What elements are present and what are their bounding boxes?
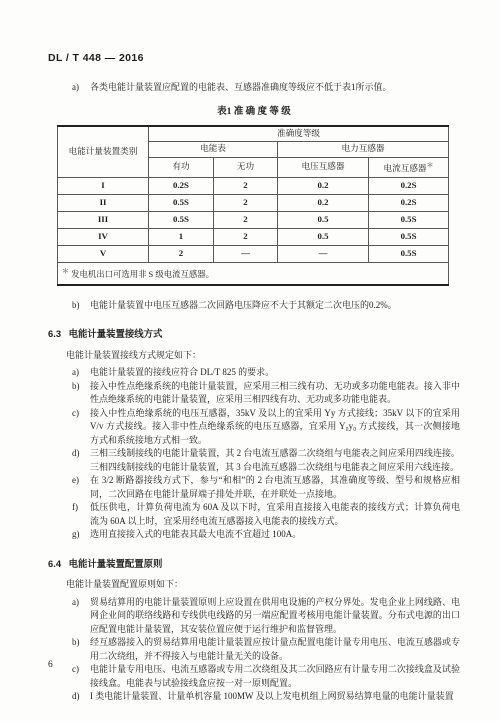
- list-item: d) 三相三线制接线的电能计量装置，其 2 台电流互感器二次绕组与电能表之间应采…: [48, 447, 460, 474]
- list-item: b) 接入中性点绝缘系统的电能计量装置，应采用三相三线有功、无功或多功能电能表。…: [48, 380, 460, 407]
- cell-ct: 0.2S: [369, 177, 449, 194]
- list-item: f) 低压供电，计算负荷电流为 60A 及以下时，宜采用直接接入电能表的接线方式…: [48, 501, 460, 528]
- cell-category: IV: [58, 228, 149, 245]
- section-intro-64: 电能计量装置配置原则如下：: [48, 578, 460, 592]
- clause-label: a): [72, 81, 79, 95]
- list-item: g) 选用直接接入式的电能表其最大电流不宜超过 100A。: [48, 528, 460, 542]
- group-header-accuracy: 准确度等级: [149, 126, 449, 142]
- cell-reactive: —: [214, 245, 278, 262]
- cell-active: 1: [149, 228, 214, 245]
- section-heading-64: 6.4 电能计量装置配置原则: [48, 557, 460, 571]
- list-item-label: e): [72, 474, 79, 488]
- list-item-text: 接入中性点绝缘系统的电压互感器，35kV 及以上的宜采用 Yy 方式接线；35k…: [90, 408, 460, 445]
- cell-pt: —: [278, 245, 369, 262]
- list-item-text: 接入中性点绝缘系统的电能计量装置，应采用三相三线有功、无功或多功能电能表。接入非…: [90, 381, 460, 405]
- table-row: V 2 — — 0.5S: [58, 245, 449, 262]
- cell-pt: 0.5: [278, 211, 369, 228]
- subgroup-transformer: 电力互感器: [278, 141, 449, 157]
- clause-text: 各类电能计量装置应配置的电能表、互感器准确度等级应不低于表1所示值。: [90, 82, 392, 92]
- accuracy-table: 电能计量装置类别 准确度等级 电能表 电力互感器 有功 无功 电压互感器 电流互…: [57, 125, 449, 286]
- cell-ct: 0.2S: [369, 194, 449, 211]
- list-item-label: g): [72, 528, 80, 542]
- column-header-pt: 电压互感器: [278, 157, 369, 177]
- cell-category: V: [58, 245, 149, 262]
- list-item-text: 电能计量专用电压、电流互感器或专用二次绕组及其二次回路应有计量专用二次接线盒及试…: [90, 664, 460, 688]
- table-row: II 0.5S 2 0.2 0.2S: [58, 194, 449, 211]
- page-content: DL / T 448 — 2016 a) 各类电能计量装置应配置的电能表、互感器…: [48, 52, 460, 704]
- section-number: 6.3: [48, 327, 66, 341]
- table-title: 表1 准 确 度 等 级: [48, 106, 460, 120]
- column-header-ct: 电流互感器＊: [369, 157, 449, 177]
- list-item-label: c): [72, 663, 79, 677]
- cell-ct: 0.5S: [369, 228, 449, 245]
- cell-active: 0.5S: [149, 194, 214, 211]
- list-item-text: 低压供电，计算负荷电流为 60A 及以下时，宜采用直接接入电能表的接线方式；计算…: [90, 502, 460, 526]
- cell-category: I: [58, 177, 149, 194]
- cell-pt: 0.2: [278, 194, 369, 211]
- clause-text: 电能计量装置中电压互感器二次回路电压降应不大于其额定二次电压的0.2%。: [90, 300, 397, 310]
- section-64-list: a) 贸易结算用的电能计量装置原则上应设置在供用电设施的产权分界处。发电企业上网…: [48, 596, 460, 704]
- section-heading-63: 6.3 电能计量装置接线方式: [48, 327, 460, 341]
- list-item: e) 在 3/2 断路器接线方式下，参与“和相”的 2 台电流互感器，其准确度等…: [48, 474, 460, 501]
- subgroup-meter: 电能表: [149, 141, 278, 157]
- list-item: c) 接入中性点绝缘系统的电压互感器，35kV 及以上的宜采用 Yy 方式接线；…: [48, 407, 460, 448]
- list-item: c) 电能计量专用电压、电流互感器或专用二次绕组及其二次回路应有计量专用二次接线…: [48, 663, 460, 690]
- list-item-text: 贸易结算用的电能计量装置原则上应设置在供用电设施的产权分界处。发电企业上网线路、…: [90, 597, 460, 634]
- list-item: a) 电能计量装置的接线应符合 DL/T 825 的要求。: [48, 366, 460, 380]
- cell-active: 0.5S: [149, 211, 214, 228]
- cell-reactive: 2: [214, 194, 278, 211]
- cell-ct: 0.5S: [369, 211, 449, 228]
- clause-label: b): [72, 299, 80, 313]
- table-row: IV 1 2 0.5 0.5S: [58, 228, 449, 245]
- cell-active: 0.2S: [149, 177, 214, 194]
- page-number: 6: [48, 660, 53, 670]
- cell-ct: 0.5S: [369, 245, 449, 262]
- table-row: III 0.5S 2 0.5 0.5S: [58, 211, 449, 228]
- section-number: 6.4: [48, 557, 66, 571]
- cell-category: II: [58, 194, 149, 211]
- list-item: d) I 类电能计量装置、计量单机容量 100MW 及以上发电机组上网贸易结算电…: [48, 690, 460, 704]
- footnote-ref-star: ＊: [427, 161, 434, 169]
- clause-item-b: b) 电能计量装置中电压互感器二次回路电压降应不大于其额定二次电压的0.2%。: [48, 299, 460, 313]
- list-item-label: d): [72, 690, 80, 704]
- list-item-label: f): [72, 501, 78, 515]
- cell-reactive: 2: [214, 177, 278, 194]
- list-item-text: 三相三线制接线的电能计量装置，其 2 台电流互感器二次绕组与电能表之间应采用四线…: [90, 448, 460, 472]
- list-item-text: 电能计量装置的接线应符合 DL/T 825 的要求。: [90, 367, 274, 377]
- section-intro-63: 电能计量装置接线方式规定如下：: [48, 349, 460, 363]
- list-item: a) 贸易结算用的电能计量装置原则上应设置在供用电设施的产权分界处。发电企业上网…: [48, 596, 460, 637]
- list-item-label: d): [72, 447, 80, 461]
- table-footnote-row: ＊ 发电机出口可选用非 S 级电流互感器。: [58, 262, 449, 285]
- list-item-label: c): [72, 407, 79, 421]
- list-item-text: 在 3/2 断路器接线方式下，参与“和相”的 2 台电流互感器，其准确度等级、型…: [90, 475, 460, 499]
- section-title: 电能计量装置接线方式: [69, 328, 163, 339]
- list-item-text: 选用直接接入式的电能表其最大电流不宜超过 100A。: [90, 529, 301, 539]
- cell-reactive: 2: [214, 228, 278, 245]
- column-header-reactive: 无功: [214, 157, 278, 177]
- cell-pt: 0.5: [278, 228, 369, 245]
- table-row: I 0.2S 2 0.2 0.2S: [58, 177, 449, 194]
- cell-category: III: [58, 211, 149, 228]
- list-item-label: b): [72, 380, 80, 394]
- list-item-label: a): [72, 366, 79, 380]
- cell-active: 2: [149, 245, 214, 262]
- clause-item-a: a) 各类电能计量装置应配置的电能表、互感器准确度等级应不低于表1所示值。: [48, 81, 460, 95]
- cell-pt: 0.2: [278, 177, 369, 194]
- list-item-label: a): [72, 596, 79, 610]
- list-item-text: 经互感器接入的贸易结算用电能计量装置应按计量点配置电能计量专用电压、电流互感器或…: [90, 637, 460, 661]
- document-code: DL / T 448 — 2016: [48, 52, 460, 66]
- section-title: 电能计量装置配置原则: [69, 558, 163, 569]
- table-footnote: ＊ 发电机出口可选用非 S 级电流互感器。: [58, 262, 449, 285]
- section-63-list: a) 电能计量装置的接线应符合 DL/T 825 的要求。 b) 接入中性点绝缘…: [48, 366, 460, 542]
- list-item-label: b): [72, 636, 80, 650]
- list-item-text: I 类电能计量装置、计量单机容量 100MW 及以上发电机组上网贸易结算电量的电…: [90, 691, 454, 701]
- cell-reactive: 2: [214, 211, 278, 228]
- list-item: b) 经互感器接入的贸易结算用电能计量装置应按计量点配置电能计量专用电压、电流互…: [48, 636, 460, 663]
- column-header-active: 有功: [149, 157, 214, 177]
- column-header-category: 电能计量装置类别: [58, 126, 149, 178]
